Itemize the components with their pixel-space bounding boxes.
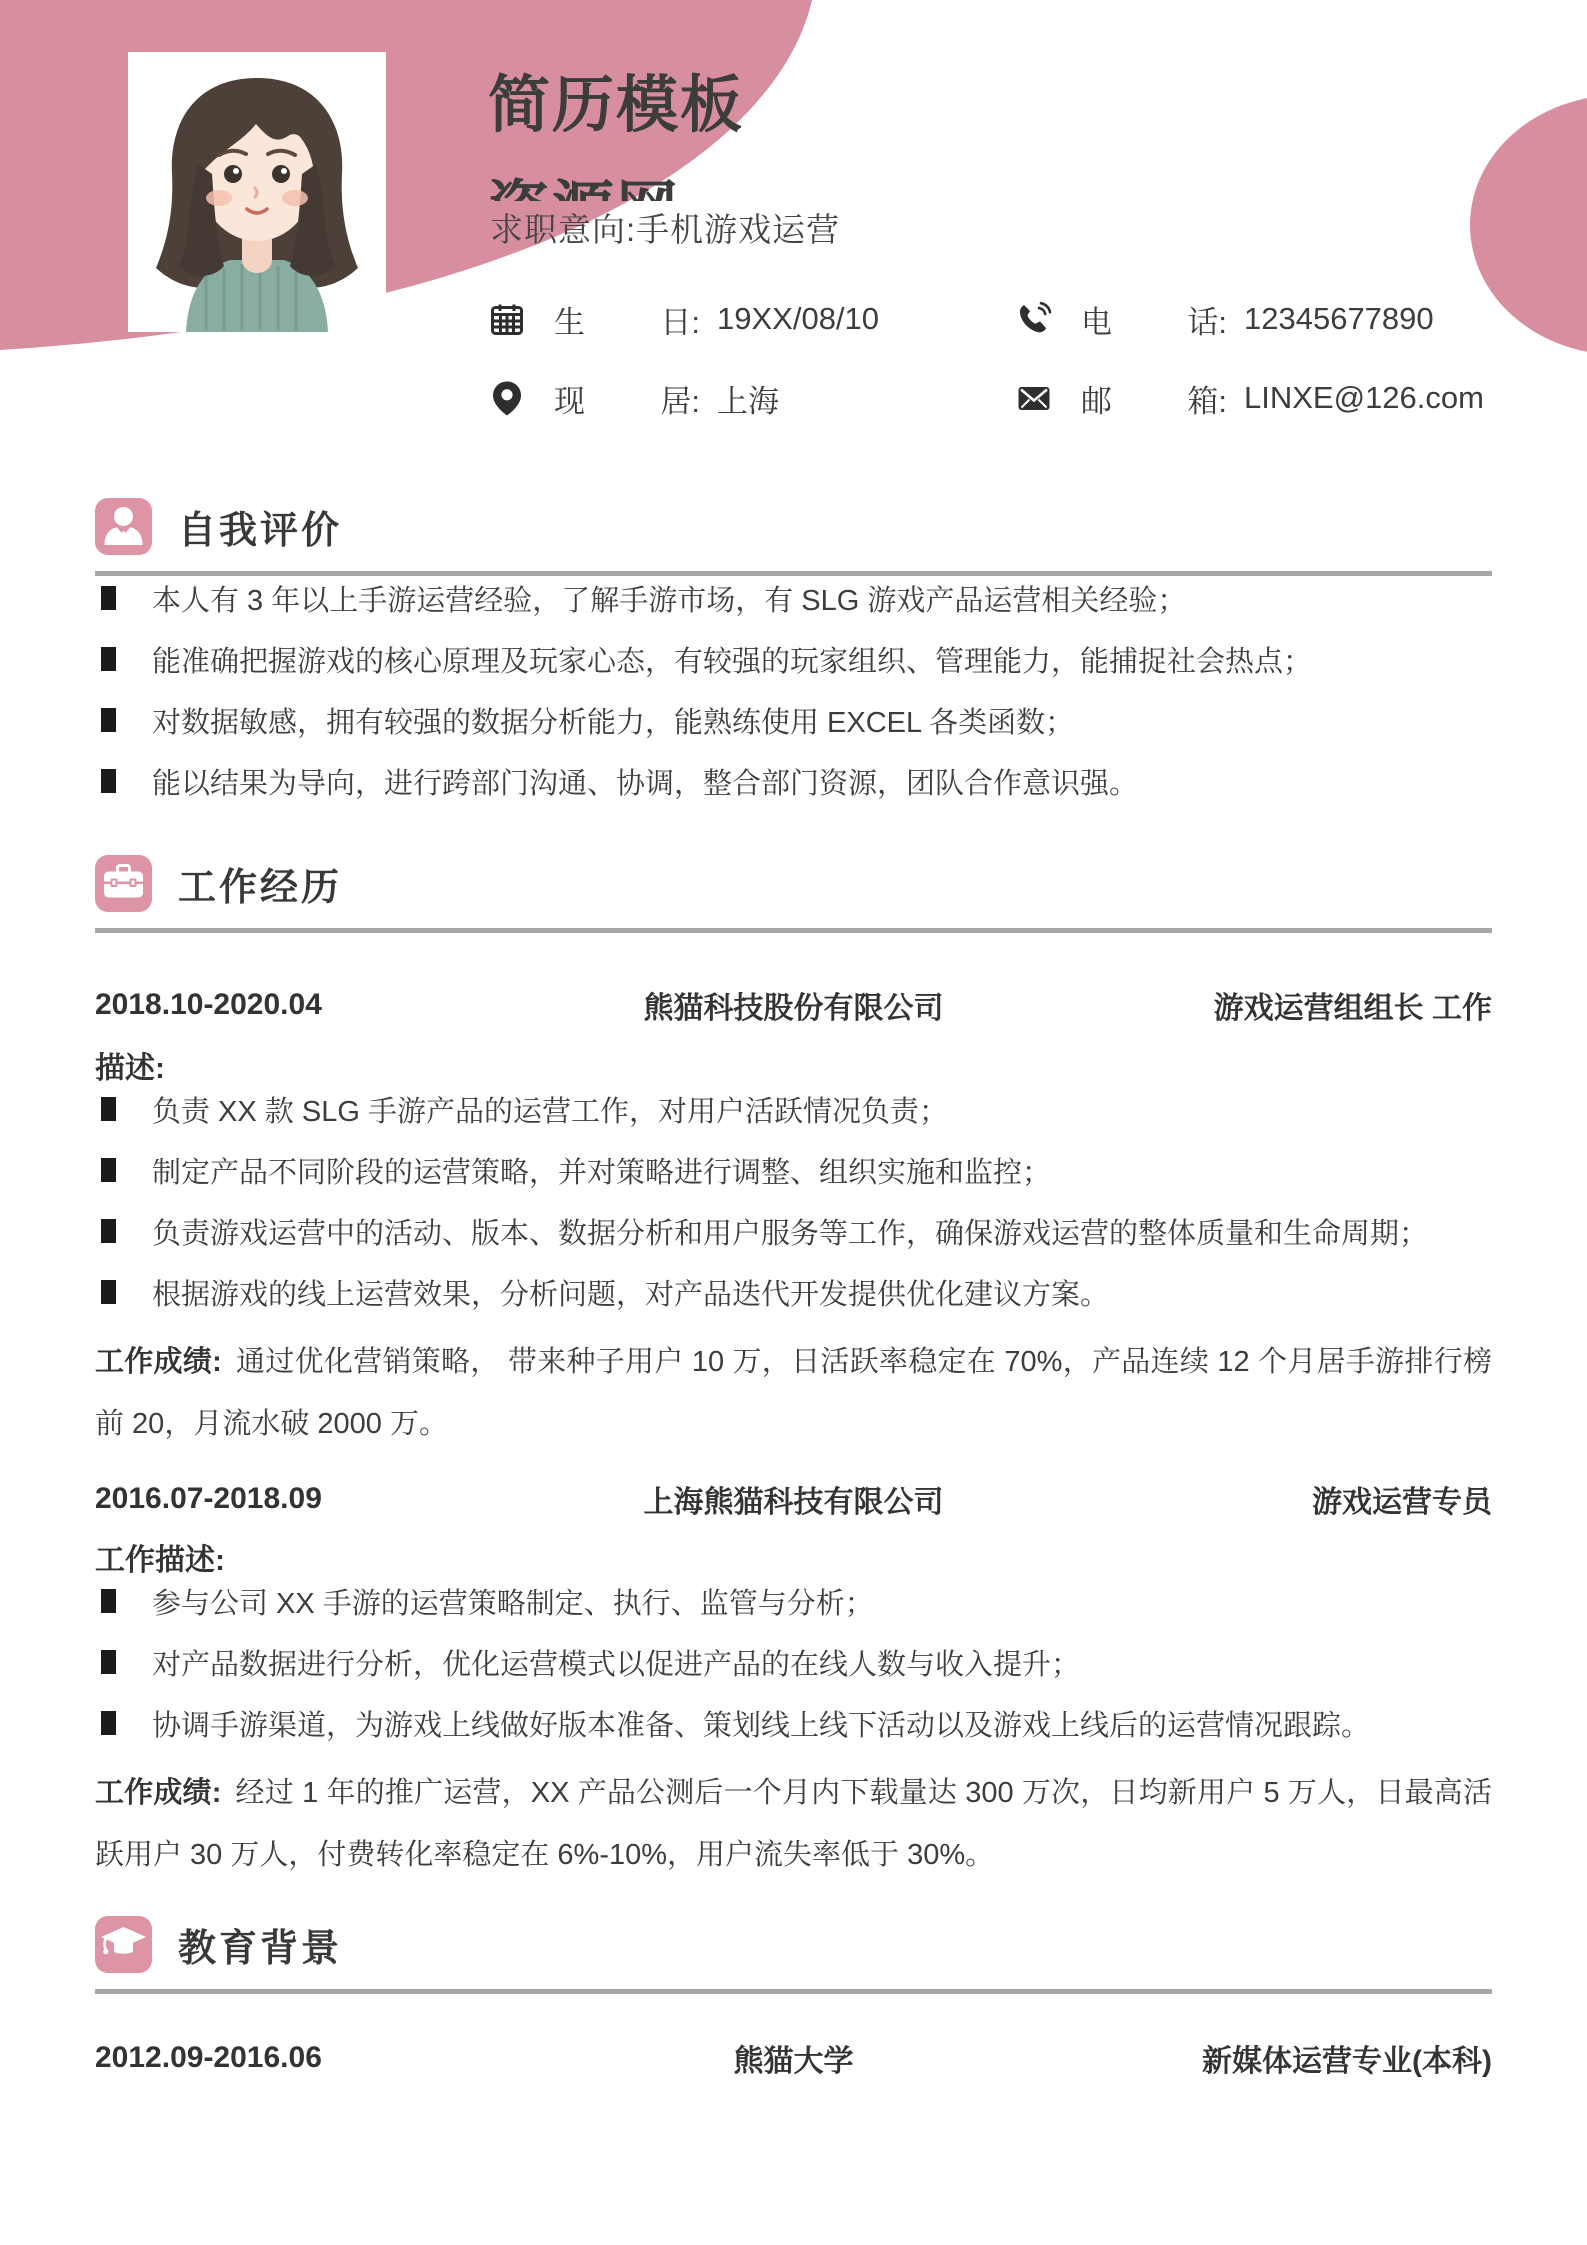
section-self-evaluation-header: 自我评价 (95, 498, 1492, 555)
achievement-label: 工作成绩: (95, 1777, 221, 1809)
job-role: 游戏运营组组长 工作 (944, 983, 1493, 1027)
list-item: 本人有 3 年以上手游运营经验，了解手游市场，有 SLG 游戏产品运营相关经验； (95, 576, 1492, 620)
section-work-experience-header: 工作经历 (95, 855, 1492, 912)
job-desc-label: 描述: (95, 1043, 1492, 1087)
section-divider (95, 928, 1492, 933)
header-pink-circle (1470, 95, 1587, 355)
job-intent-subtitle: 求职意向:手机游戏运营 (490, 204, 840, 251)
resume-page: 简历模板 资源网 求职意向:手机游戏运营 生日: 19XX/08/10 电话: … (0, 0, 1587, 2245)
square-bullet-icon (101, 647, 116, 671)
square-bullet-icon (101, 1280, 116, 1304)
calendar-icon (487, 300, 527, 338)
achievement-label: 工作成绩: (95, 1346, 222, 1378)
square-bullet-icon (101, 1650, 116, 1674)
job-duty-list: 参与公司 XX 手游的运营策略制定、执行、监管与分析； 对产品数据进行分析，优化… (95, 1579, 1492, 1745)
job-company: 熊猫科技股份有限公司 (644, 983, 944, 1027)
section-education-header: 教育背景 (95, 1916, 1492, 1973)
job-company: 上海熊猫科技有限公司 (644, 1477, 944, 1521)
square-bullet-icon (101, 586, 116, 610)
square-bullet-icon (101, 1219, 116, 1243)
resume-title-line2: 资源网 (488, 176, 680, 201)
contact-grid: 生日: 19XX/08/10 电话: 12345677890 现居: 上海 邮箱… (487, 296, 1484, 421)
list-item: 对数据敏感，拥有较强的数据分析能力，能熟练使用 EXCEL 各类函数； (95, 698, 1492, 742)
education-school: 熊猫大学 (734, 2036, 854, 2080)
resume-body: 自我评价 本人有 3 年以上手游运营经验，了解手游市场，有 SLG 游戏产品运营… (95, 470, 1492, 2080)
list-item: 制定产品不同阶段的运营策略，并对策略进行调整、组织实施和监控； (95, 1148, 1492, 1192)
contact-label: 现居: (554, 376, 700, 421)
contact-label: 电话: (1081, 297, 1227, 342)
job-date: 2018.10-2020.04 (95, 988, 644, 1022)
profile-photo (128, 52, 386, 332)
job-header-row: 2018.10-2020.04 熊猫科技股份有限公司 游戏运营组组长 工作 (95, 983, 1492, 1027)
contact-item-email: 邮箱: LINXE@126.com (1014, 375, 1484, 421)
job-header-row: 2016.07-2018.09 上海熊猫科技有限公司 游戏运营专员 (95, 1477, 1492, 1521)
resume-title: 简历模板 (488, 72, 744, 140)
job-duty-list: 负责 XX 款 SLG 手游产品的运营工作，对用户活跃情况负责； 制定产品不同阶… (95, 1087, 1492, 1314)
contact-item-location: 现居: 上海 (487, 375, 1014, 421)
mail-icon (1014, 379, 1054, 417)
list-item: 对产品数据进行分析，优化运营模式以促进产品的在线人数与收入提升； (95, 1640, 1492, 1684)
briefcase-icon (95, 855, 152, 912)
job-role: 游戏运营专员 (944, 1477, 1493, 1521)
education-date: 2012.09-2016.06 (95, 2041, 734, 2075)
contact-item-phone: 电话: 12345677890 (1014, 296, 1484, 342)
girl-avatar-illustration (128, 52, 386, 332)
job-achievement: 工作成绩:通过优化营销策略， 带来种子用户 10 万，日活跃率稳定在 70%，产… (95, 1331, 1492, 1455)
list-item: 能以结果为导向，进行跨部门沟通、协调，整合部门资源，团队合作意识强。 (95, 759, 1492, 803)
list-item: 根据游戏的线上运营效果，分析问题，对产品迭代开发提供优化建议方案。 (95, 1270, 1492, 1314)
list-item: 参与公司 XX 手游的运营策略制定、执行、监管与分析； (95, 1579, 1492, 1623)
contact-label: 生日: (554, 297, 700, 342)
job-date: 2016.07-2018.09 (95, 1482, 644, 1516)
section-title: 自我评价 (178, 499, 342, 554)
location-icon (487, 379, 527, 417)
section-title: 教育背景 (178, 1917, 342, 1972)
contact-item-birthday: 生日: 19XX/08/10 (487, 296, 1014, 342)
education-major: 新媒体运营专业(本科) (854, 2036, 1493, 2080)
square-bullet-icon (101, 1589, 116, 1613)
phone-icon (1014, 300, 1054, 338)
list-item: 负责游戏运营中的活动、版本、数据分析和用户服务等工作，确保游戏运营的整体质量和生… (95, 1209, 1492, 1253)
graduation-cap-icon (95, 1916, 152, 1973)
list-item: 能准确把握游戏的核心原理及玩家心态，有较强的玩家组织、管理能力，能捕捉社会热点； (95, 637, 1492, 681)
self-evaluation-list: 本人有 3 年以上手游运营经验，了解手游市场，有 SLG 游戏产品运营相关经验；… (95, 576, 1492, 803)
resume-title-clipped-line: 资源网 (488, 174, 680, 201)
square-bullet-icon (101, 769, 116, 793)
square-bullet-icon (101, 1158, 116, 1182)
square-bullet-icon (101, 1097, 116, 1121)
birthday-value: 19XX/08/10 (717, 301, 879, 337)
job-achievement: 工作成绩:经过 1 年的推广运营，XX 产品公测后一个月内下载量达 300 万次… (95, 1762, 1492, 1886)
square-bullet-icon (101, 1711, 116, 1735)
list-item: 协调手游渠道，为游戏上线做好版本准备、策划线上线下活动以及游戏上线后的运营情况跟… (95, 1701, 1492, 1745)
job-desc-label: 工作描述: (95, 1535, 1492, 1579)
section-title: 工作经历 (178, 856, 342, 911)
contact-label: 邮箱: (1081, 376, 1227, 421)
email-value: LINXE@126.com (1244, 380, 1484, 416)
city-value: 上海 (717, 376, 779, 421)
education-row: 2012.09-2016.06 熊猫大学 新媒体运营专业(本科) (95, 2036, 1492, 2080)
square-bullet-icon (101, 708, 116, 732)
list-item: 负责 XX 款 SLG 手游产品的运营工作，对用户活跃情况负责； (95, 1087, 1492, 1131)
person-icon (95, 498, 152, 555)
phone-value: 12345677890 (1244, 301, 1434, 337)
section-divider (95, 1989, 1492, 1994)
